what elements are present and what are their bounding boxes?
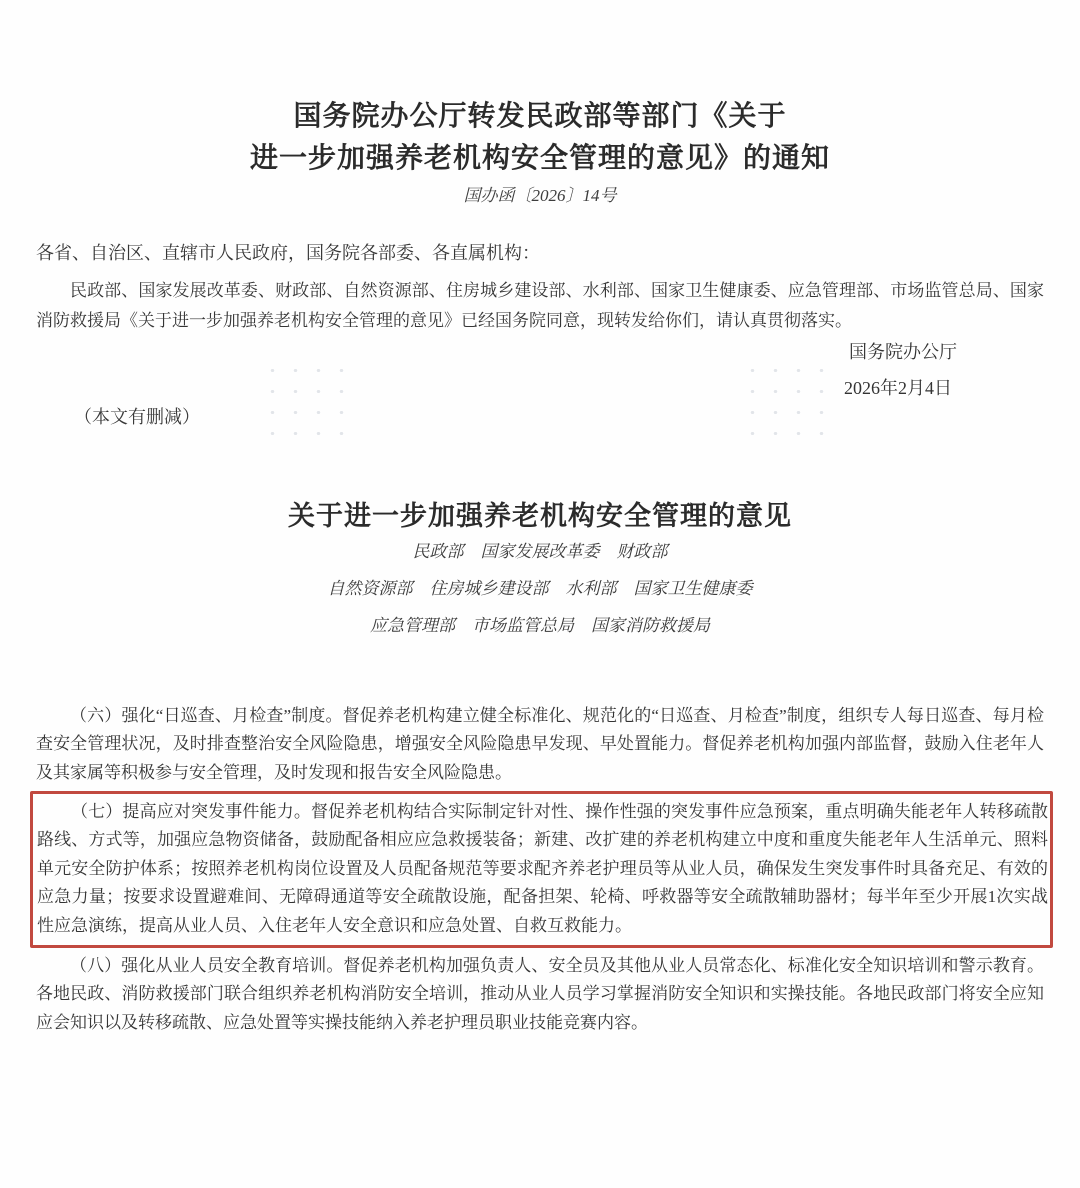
paragraph-eight: （八）强化从业人员安全教育培训。督促养老机构加强负责人、安全员及其他从业人员常态…: [36, 952, 1044, 1037]
issuing-ministries: 民政部 国家发展改革委 财政部 自然资源部 住房城乡建设部 水利部 国家卫生健康…: [0, 533, 1080, 644]
paragraph-seven: （七）提高应对突发事件能力。督促养老机构结合实际制定针对性、操作性强的突发事件应…: [37, 798, 1048, 940]
redaction-note: （本文有删减）: [74, 407, 200, 427]
notice-title-line-2: 进一步加强养老机构安全管理的意见》的通知: [0, 138, 1080, 180]
watermark-dots-left: [258, 358, 350, 450]
opinion-title: 关于进一步加强养老机构安全管理的意见: [0, 498, 1080, 534]
addressee-line: 各省、自治区、直辖市人民政府，国务院各部委、各直属机构：: [36, 243, 1044, 263]
issuers-line-3: 应急管理部 市场监管总局 国家消防救援局: [0, 607, 1080, 644]
highlight-red-box: （七）提高应对突发事件能力。督促养老机构结合实际制定针对性、操作性强的突发事件应…: [30, 791, 1053, 948]
issuers-line-2: 自然资源部 住房城乡建设部 水利部 国家卫生健康委: [0, 570, 1080, 607]
signature-office: 国务院办公厅: [849, 342, 957, 362]
issuers-line-1: 民政部 国家发展改革委 财政部: [0, 533, 1080, 570]
document-page: 国务院办公厅转发民政部等部门《关于 进一步加强养老机构安全管理的意见》的通知 国…: [0, 0, 1080, 1188]
document-number: 国办函〔2026〕14号: [0, 184, 1080, 208]
forwarding-paragraph: 民政部、国家发展改革委、财政部、自然资源部、住房城乡建设部、水利部、国家卫生健康…: [36, 276, 1044, 335]
watermark-dots-right: [738, 358, 830, 450]
signature-date: 2026年2月4日: [844, 378, 952, 398]
notice-title: 国务院办公厅转发民政部等部门《关于 进一步加强养老机构安全管理的意见》的通知: [0, 96, 1080, 180]
notice-title-line-1: 国务院办公厅转发民政部等部门《关于: [0, 96, 1080, 138]
paragraph-six: （六）强化“日巡查、月检查”制度。督促养老机构建立健全标准化、规范化的“日巡查、…: [36, 702, 1044, 787]
